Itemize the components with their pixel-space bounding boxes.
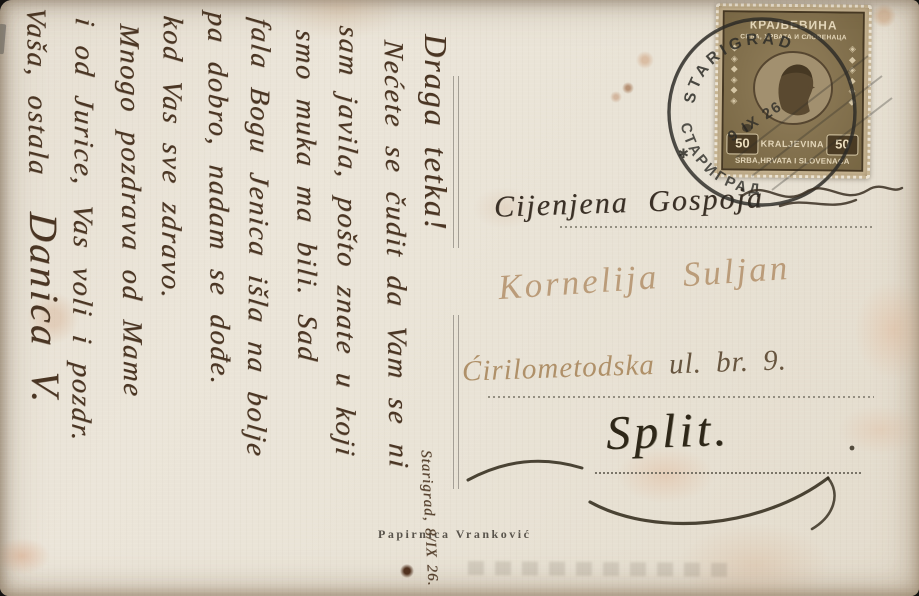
message-line: Nećete se čudit da Vam se ni [370, 0, 421, 596]
message-line: Vaša, ostala [20, 7, 53, 178]
pen-scrawl [742, 187, 902, 206]
message-rotated-block: Draga tetka! Starigrad, 8/IX 26. Nećete … [6, 0, 458, 596]
message-greeting-row: Draga tetka! Starigrad, 8/IX 26. [414, 0, 458, 596]
address-rule-line [595, 472, 861, 474]
message-line: smo muka ma bili. Sad [282, 0, 330, 596]
address-name: Kornelija Suljan [497, 248, 791, 308]
stamp-header: КРАЉЕВИНА СРБА, ХРВАТА И СЛОВЕНАЦА [725, 12, 863, 43]
ghost-offset-text [468, 561, 730, 577]
address-salutation: Cijenjena Gospoja [493, 181, 764, 224]
king-portrait [752, 51, 835, 126]
street-name: Ćirilometodska [462, 349, 656, 388]
postage-stamp: КРАЉЕВИНА СРБА, ХРВАТА И СЛОВЕНАЦА ◆ ◈ ◆… [719, 8, 867, 174]
postcard-back: Draga tetka! Starigrad, 8/IX 26. Nećete … [0, 0, 919, 596]
street-number: ul. br. 9. [668, 344, 787, 380]
stamp-footer: 50 KRALJEVINA 50 SRBA,HRVATA I SLOVENACA [723, 133, 861, 169]
stamp-country-cyrillic-2: СРБА, ХРВАТА И СЛОВЕНАЦА [737, 33, 850, 41]
message-line: pa dobro, nadam se dođe. [194, 0, 243, 596]
stamp-country-latin: KRALJEVINA [761, 139, 825, 150]
address-street: Ćirilometodska ul. br. 9. [462, 344, 788, 388]
message-area: Draga tetka! Starigrad, 8/IX 26. Nećete … [6, 0, 458, 596]
stamp-value-row: 50 KRALJEVINA 50 [723, 133, 861, 155]
stamp-middle: ◆ ◈ ◆ ◈ ◆ ◈ ◈ ◆ ◈ ◆ ◈ ◆ [726, 43, 861, 134]
address-rule-line [560, 226, 872, 228]
address-rule-line [488, 396, 874, 398]
postmark-star-ornament: ✱ [678, 146, 689, 161]
king-portrait-oval [742, 43, 845, 134]
diamond-ornament-left: ◆ ◈ ◆ ◈ ◆ ◈ [726, 43, 743, 133]
stamp-value-right: 50 [826, 134, 858, 155]
message-line: Mnogo pozdrava od Mame [106, 0, 156, 596]
postcard-photo: Draga tetka! Starigrad, 8/IX 26. Nećete … [0, 0, 919, 596]
signature: Danica V. [21, 211, 69, 408]
stamp-value-left: 50 [726, 133, 758, 154]
message-signature-row: Vaša, ostala Danica V. [18, 0, 70, 596]
stamp-country-cyrillic: КРАЉЕВИНА [750, 18, 838, 33]
diamond-ornament-right: ◈ ◆ ◈ ◆ ◈ ◆ [844, 44, 861, 134]
stamp-printed-design: КРАЉЕВИНА СРБА, ХРВАТА И СЛОВЕНАЦА ◆ ◈ ◆… [721, 10, 865, 171]
greeting-text: Draga tetka! [414, 34, 458, 231]
address-city: Split. [605, 402, 731, 461]
stamp-country-latin-2: SRBA,HRVATA I SLOVENACA [729, 155, 856, 166]
